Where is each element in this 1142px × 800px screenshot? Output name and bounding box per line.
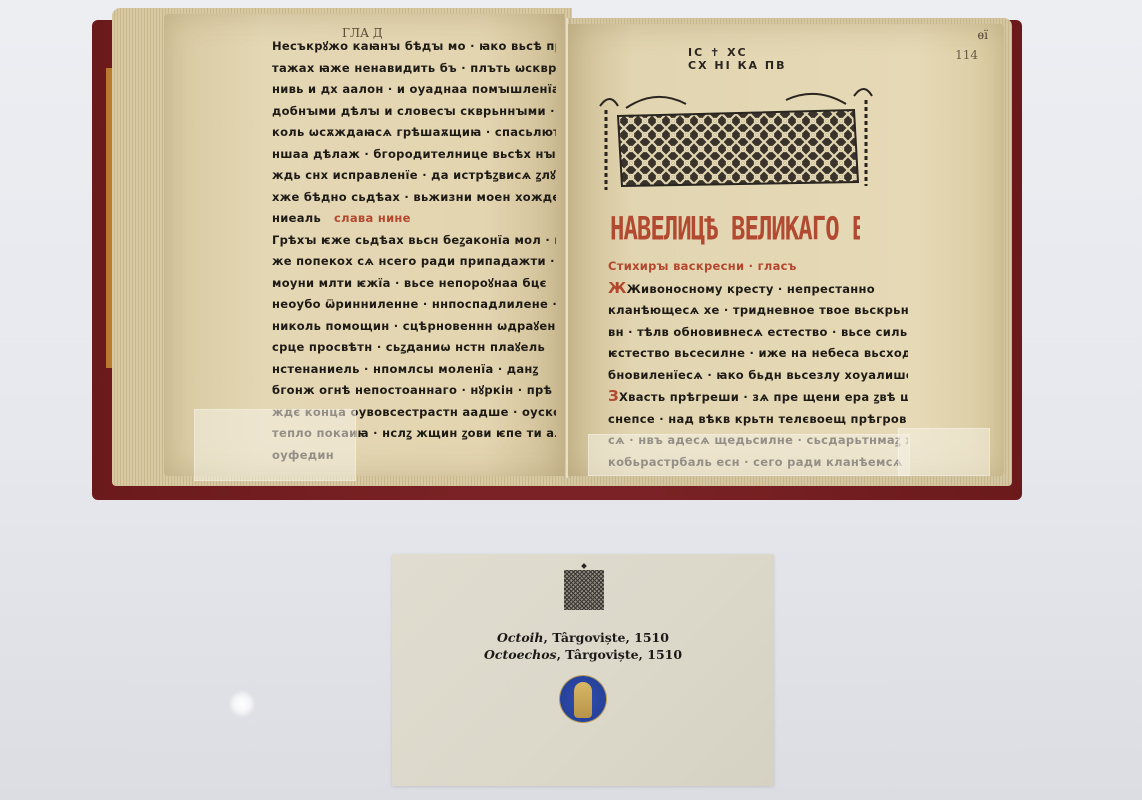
emblem-finial-icon (581, 563, 587, 569)
left-page: ГЛА Д Несъкрꙋжо каꙗнꙑ бѣдꙑ мо · ꙗко вьсѣ… (164, 14, 564, 476)
text-line: нстенаниель · нпомлсы моленїа · данꙁ (272, 359, 556, 381)
text-line: Несъкрꙋжо каꙗнꙑ бѣдꙑ мо · ꙗко вьсѣ при (272, 36, 556, 58)
institution-seal-icon (560, 676, 606, 722)
text-line: Грѣхꙑ ѥже сьдѣах вьсн беꙁаконїа мол · нл… (272, 230, 556, 252)
text-line: ЗХвасть прѣгреши · зѧ пре щени ера ꙁвѣ ш… (608, 386, 908, 409)
text-line: нивь и дх аалон · и оуаднаа помꙑшленїа н… (272, 79, 556, 101)
red-title-text: НАВЕЛИЦѢ ВЕЛИКАГО ВЗВЕРХ (610, 210, 860, 248)
open-book: ГЛА Д Несъкрꙋжо каꙗнꙑ бѣдꙑ мо · ꙗко вьсѣ… (92, 8, 1022, 494)
seal-figure-icon (574, 682, 592, 718)
right-folio: ѳї (978, 28, 988, 42)
text-line: коль ѡсѫждаꙗсѧ грѣшаѫщиꙗ · спасьлють (272, 122, 556, 144)
label-title-romanian: Octoih, Târgoviște, 1510 (392, 630, 774, 645)
right-page: ѳї 114 ІС ✝ ХС СХ НІ КА ПВ НАВЕЛИЦѢ ВЕЛИ (568, 24, 1004, 476)
rubric-text: слава нине (334, 211, 411, 225)
text-line: кланѣющесѧ хе · тридневное твое вьскрьнї… (608, 300, 908, 322)
light-reflection (228, 690, 256, 718)
repair-tape (194, 409, 356, 481)
text-line: снепсе · над вѣкв крьтн телєвоещ прѣгров… (608, 409, 908, 431)
text-line: бновиленїесѧ · ꙗко бьдн вьсезлу хоуалише (608, 365, 908, 387)
headpiece-inscription: ІС ✝ ХС СХ НІ КА ПВ (688, 46, 787, 72)
text-line: ждь снх исправленїе · да истрѣꙁвисѧ ꙁлꙋ (272, 165, 556, 187)
text-line: ЖЖивоносному кресту · непрестанно (608, 278, 908, 301)
label-title-english: Octoechos, Târgoviște, 1510 (392, 647, 774, 662)
interlace-headpiece-icon (596, 86, 876, 198)
text-line: же попекох сѧ нсего ради припадажти · по (272, 251, 556, 273)
text-fragment: ниеаль (272, 211, 321, 225)
left-page-text: Несъкрꙋжо каꙗнꙑ бѣдꙑ мо · ꙗко вьсѣ при т… (272, 36, 556, 466)
ornamental-emblem-icon (564, 570, 604, 610)
text-line: бгонж огнѣ непостоаннаго · нꙋркін · прѣ (272, 380, 556, 402)
repair-tape (898, 428, 990, 476)
text-line: неоубо ѿринниленне · ннпоспадлилене · гр… (272, 294, 556, 316)
text-line: моуни млти ѥжїа · вьсе непороꙋнаа бцє (272, 273, 556, 295)
text-line: хже бѣдно сьдѣах · вьжизни моен хожде (272, 187, 556, 209)
rubric-subheading: Стихирꙑ васкресни · гласъ (608, 256, 908, 278)
text-line: ншаа дѣлаж · бгородителнице вьсѣх нꙑ и д… (272, 144, 556, 166)
repair-tape (588, 434, 910, 476)
text-line: добнꙑми дѣлꙑ и словесꙑ скврьннꙑми · ꙁꙋ (272, 101, 556, 123)
text-line: ниеаль слава нине (272, 208, 556, 230)
text-line: срце просвѣтн · сьꙁданиѡ нстн плаꙋель (272, 337, 556, 359)
text-line: тажах ꙗже ненавидить бъ · плъть ѡскврь (272, 58, 556, 80)
text-line: вн · тѣлв обновивнесѧ естество · вьсе си… (608, 322, 908, 344)
right-folio-number: 114 (955, 48, 978, 62)
text-line: ѥстество вьсесилне · иже на небеса вьсхо… (608, 343, 908, 365)
text-line: николь помощин · сцѣрновеннн ѡдраꙋенное (272, 316, 556, 338)
exhibit-label-card: Octoih, Târgoviște, 1510 Octoechos, Târg… (392, 554, 774, 786)
